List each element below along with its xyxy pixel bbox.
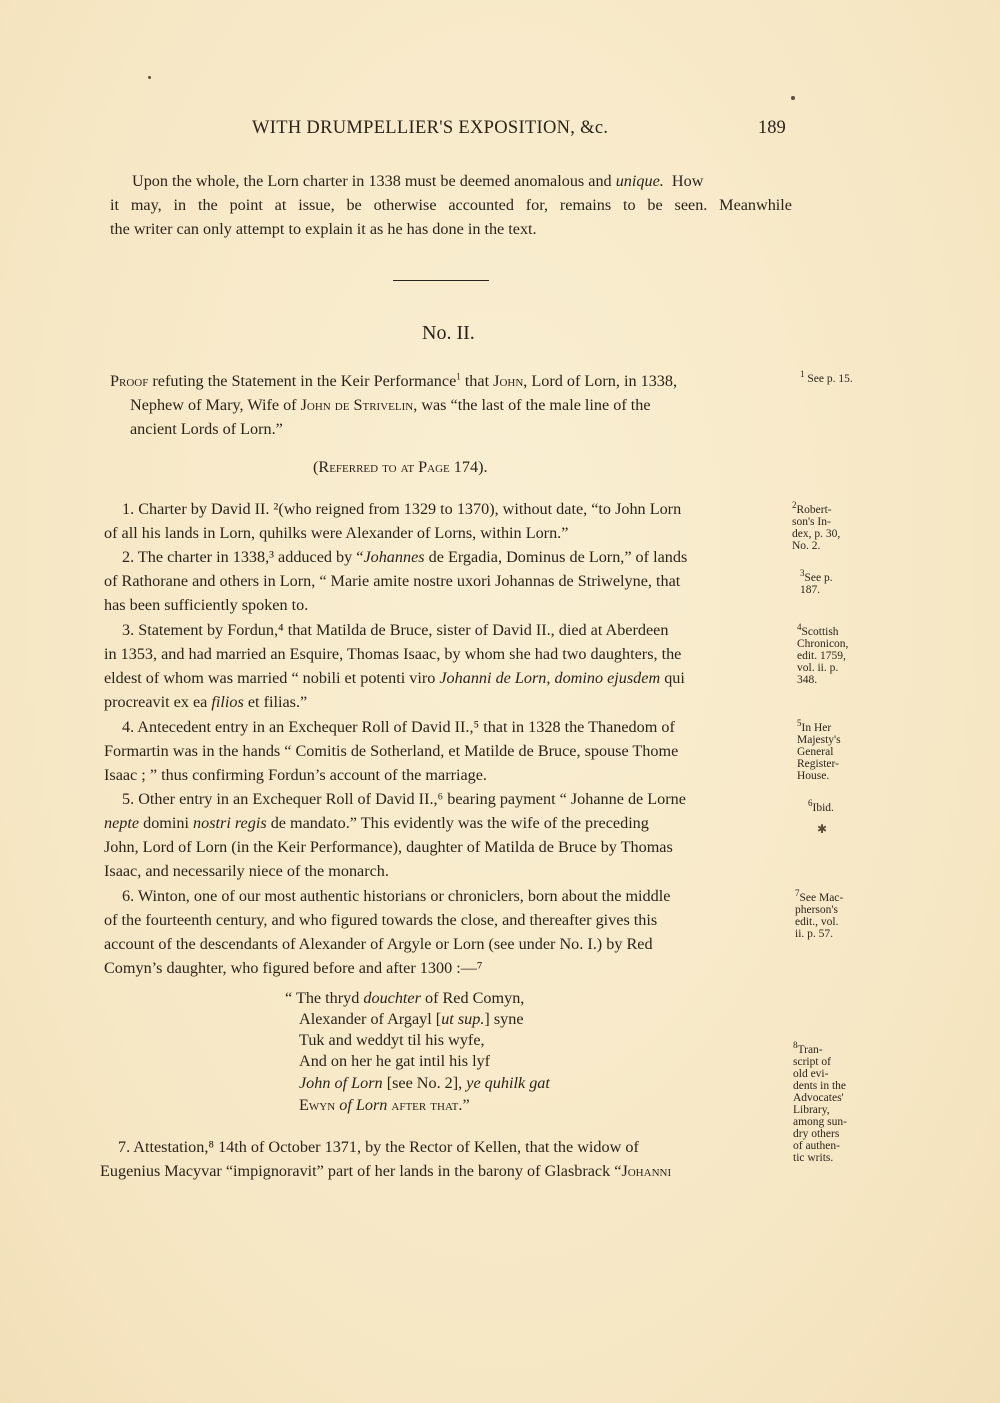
section-title: No. II. — [422, 322, 475, 345]
margin-note-2: 2Robert- son's In- dex, p. 30, No. 2. — [792, 504, 862, 552]
item-3-line-2: in 1353, and had married an Esquire, Tho… — [104, 642, 681, 666]
item-7-line-1: 7. Attestation,⁸ 14th of October 1371, b… — [118, 1135, 639, 1159]
page-number: 189 — [758, 118, 786, 139]
item-1-line-2: of all his lands in Lorn, quhilks were A… — [104, 521, 568, 545]
item-4-line-2: Formartin was in the hands “ Comitis de … — [104, 739, 678, 763]
item-4-line-3: Isaac ; ” thus confirming Fordun’s accou… — [104, 763, 487, 787]
referred-to-page: (Referred to at Page 174). — [313, 455, 488, 479]
item-5-line-4: Isaac, and necessarily niece of the mona… — [104, 859, 389, 883]
verse-line-5: John of Lorn [see No. 2], ye quhilk gat — [299, 1072, 550, 1094]
paper-speck — [148, 76, 151, 79]
intro-line-2: it may, in the point at issue, be otherw… — [110, 193, 792, 217]
item-6-line-1: 6. Winton, one of our most authentic his… — [122, 884, 670, 908]
margin-note-3: 3See p. 187. — [800, 572, 860, 596]
item-4-line-1: 4. Antecedent entry in an Exchequer Roll… — [122, 715, 675, 739]
item-6-line-3: account of the descendants of Alexander … — [104, 932, 653, 956]
item-2-line-3: has been sufficiently spoken to. — [104, 593, 308, 617]
proof-line-3: ancient Lords of Lorn.” — [130, 417, 283, 441]
item-7-line-2: Eugenius Macyvar “impignoravit” part of … — [100, 1159, 671, 1183]
item-3-line-3: eldest of whom was married “ nobili et p… — [104, 666, 685, 690]
item-6-line-4: Comyn’s daughter, who figured before and… — [104, 956, 483, 980]
margin-note-8: 8Tran- script of old evi- dents in the A… — [793, 1044, 865, 1164]
item-2-line-1: 2. The charter in 1338,³ adduced by “Joh… — [122, 545, 687, 569]
verse-line-6: Ewyn of Lorn after that.” — [299, 1094, 470, 1116]
verse-line-4: And on her he gat intil his lyf — [299, 1050, 490, 1072]
verse-line-1: “ The thryd douchter of Red Comyn, — [285, 987, 524, 1009]
verse-line-3: Tuk and weddyt til his wyfe, — [299, 1029, 485, 1051]
margin-note-7: 7See Mac- pherson's edit., vol. ii. p. 5… — [795, 892, 867, 940]
item-6-line-2: of the fourteenth century, and who figur… — [104, 908, 657, 932]
running-head: WITH DRUMPELLIER'S EXPOSITION, &c. — [252, 118, 608, 139]
paper-speck — [791, 96, 795, 100]
verse-line-2: Alexander of Argayl [ut sup.] syne — [299, 1008, 524, 1030]
margin-note-4: 4Scottish Chronicon, edit. 1759, vol. ii… — [797, 626, 867, 686]
margin-note-5: 5In Her Majesty's General Register- Hous… — [797, 722, 867, 782]
item-2-line-2: of Rathorane and others in Lorn, “ Marie… — [104, 569, 680, 593]
intro-line-3: the writer can only attempt to explain i… — [110, 217, 537, 241]
item-1-line-1: 1. Charter by David II. ²(who reigned fr… — [122, 497, 681, 521]
fleuron-ornament: ✱ — [817, 822, 827, 837]
proof-line-1: Proof refuting the Statement in the Keir… — [110, 369, 677, 393]
intro-line-1: Upon the whole, the Lorn charter in 1338… — [132, 169, 703, 193]
margin-note-6: 6Ibid. — [808, 802, 868, 814]
item-3-line-4: procreavit ex ea filios et filias.” — [104, 690, 307, 714]
item-5-line-1: 5. Other entry in an Exchequer Roll of D… — [122, 787, 686, 811]
item-5-line-2: nepte domini nostri regis de mandato.” T… — [104, 811, 649, 835]
book-page: WITH DRUMPELLIER'S EXPOSITION, &c. 189 U… — [0, 0, 1000, 1403]
item-5-line-3: John, Lord of Lorn (in the Keir Performa… — [104, 835, 673, 859]
proof-line-2: Nephew of Mary, Wife of John de Striveli… — [130, 393, 651, 417]
section-divider — [393, 280, 489, 281]
item-3-line-1: 3. Statement by Fordun,⁴ that Matilda de… — [122, 618, 668, 642]
margin-note-1: 1 See p. 15. — [800, 373, 853, 385]
